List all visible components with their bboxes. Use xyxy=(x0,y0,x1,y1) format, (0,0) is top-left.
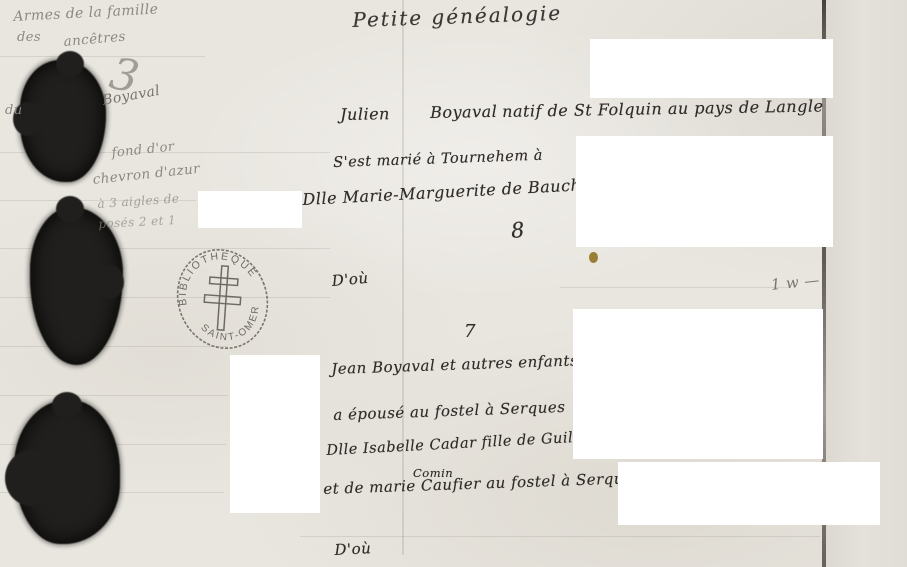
redaction-box xyxy=(230,355,320,513)
redaction-box xyxy=(573,309,823,459)
redaction-box xyxy=(198,191,302,228)
ink-blot xyxy=(14,400,120,544)
marginal-note: Armes de la famille xyxy=(13,1,159,25)
body-line: Boyaval xyxy=(430,102,497,122)
ruling-line xyxy=(0,395,228,396)
body-line: S'est marié à Tournehem à xyxy=(333,148,543,171)
crease-line xyxy=(402,0,404,555)
ink-blot-lobe xyxy=(52,392,82,418)
marginal-note: chevron d'azur xyxy=(92,161,201,188)
redaction-box xyxy=(590,39,833,98)
body-line: D'où xyxy=(334,539,372,559)
ink-blot-lobe xyxy=(96,265,124,299)
pencil-mark-right: 1 w — xyxy=(770,271,821,294)
marginal-note: posés 2 et 1 xyxy=(98,213,176,231)
figure-8: 8 xyxy=(510,218,526,243)
marginal-note: à 3 aigles de xyxy=(97,191,180,211)
redaction-box xyxy=(618,462,880,525)
svg-text:SAINT-OMER: SAINT-OMER xyxy=(197,300,271,353)
marginal-note: fond d'or xyxy=(111,139,175,161)
body-line: natif de St Folquin au pays de Langle xyxy=(502,96,824,121)
stain-spot xyxy=(589,252,598,263)
cross-of-lorraine-icon xyxy=(202,265,242,331)
marginal-note: du xyxy=(5,103,23,118)
ruling-line xyxy=(300,536,820,537)
redaction-box xyxy=(576,136,833,247)
ink-blot xyxy=(20,60,106,182)
body-line: et de marie Caufier au fostel à Serques xyxy=(323,469,642,498)
ink-blot-lobe xyxy=(56,51,84,77)
ink-blot-lobe xyxy=(56,196,84,222)
marginal-note: ancêtres xyxy=(63,29,126,50)
marginal-note: des xyxy=(17,30,41,45)
ruling-line xyxy=(560,287,790,288)
figure-7: 7 xyxy=(464,321,476,342)
body-line: a épousé au fostel à Serques xyxy=(333,398,566,424)
ink-blot-lobe xyxy=(5,450,57,506)
body-line: Julien xyxy=(340,104,390,124)
body-line: D'où xyxy=(331,269,369,290)
scanned-manuscript-page: BIBLIOTHEQUE SAINT-OMER Armes de la fami… xyxy=(0,0,907,567)
ruling-line xyxy=(0,56,205,57)
page-title: Petite généalogie xyxy=(352,1,563,32)
ink-blot xyxy=(30,207,123,365)
body-line: Jean Boyaval et autres enfants xyxy=(331,351,578,378)
stamp-text-bottom: SAINT-OMER xyxy=(197,300,271,353)
